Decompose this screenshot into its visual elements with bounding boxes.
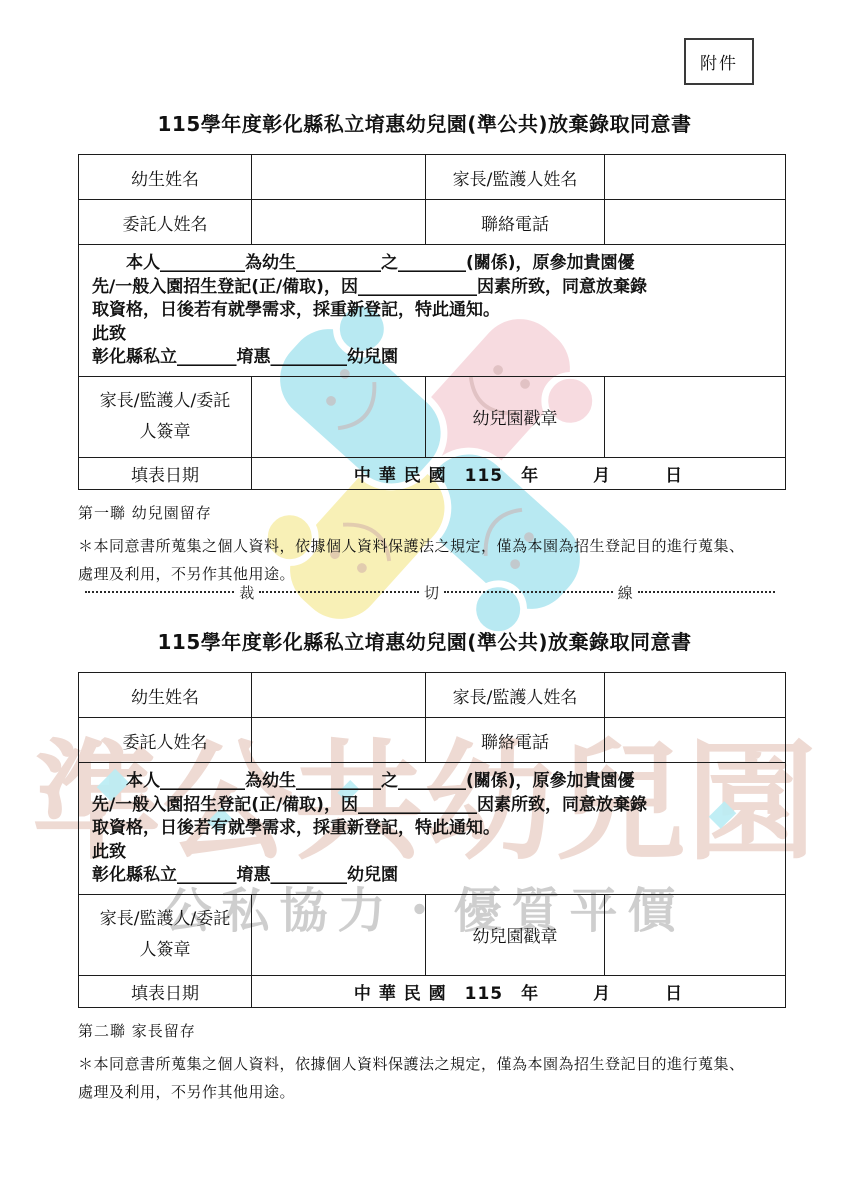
- delegate-name-label: 委託人姓名: [79, 200, 252, 245]
- document-page: 準公共幼兒園 公私協力・優質平價 附件 115學年度彰化縣私立堉惠幼兒園(準公共…: [0, 0, 849, 1200]
- statement-line: 先/一般入園招生登記(正/備取)，因______________因素所致，同意放…: [92, 276, 772, 300]
- guardian-name-blank-cell: [605, 155, 786, 200]
- statement-line: 此致: [92, 323, 772, 347]
- document-content: 附件 115學年度彰化縣私立堉惠幼兒園(準公共)放棄錄取同意書 幼生姓名 家長/…: [0, 0, 849, 1200]
- consent-form-copy-1: 115學年度彰化縣私立堉惠幼兒園(準公共)放棄錄取同意書 幼生姓名 家長/監護人…: [0, 110, 849, 589]
- phone-blank-cell: [605, 718, 786, 763]
- table-row: 幼生姓名 家長/監護人姓名: [79, 155, 786, 200]
- copy-retention-label: 第二聯 家長留存: [78, 1020, 849, 1041]
- table-row: 家長/監護人/委託人簽章 幼兒園戳章: [79, 894, 786, 975]
- child-name-blank-cell: [252, 673, 426, 718]
- form-table: 幼生姓名 家長/監護人姓名 委託人姓名 聯絡電話 本人__________為幼生…: [78, 154, 786, 490]
- guardian-name-label: 家長/監護人姓名: [426, 155, 605, 200]
- statement-line: 取資格，日後若有就學需求，採重新登記，特此通知。: [92, 299, 772, 323]
- consent-statement: 本人__________為幼生__________之________(關係)，原…: [79, 763, 786, 895]
- fill-date-value: 中 華 民 國 115 年 月 日: [252, 975, 786, 1007]
- table-row: 填表日期 中 華 民 國 115 年 月 日: [79, 457, 786, 489]
- table-row: 本人__________為幼生__________之________(關係)，原…: [79, 763, 786, 895]
- statement-line: 彰化縣私立_______堉惠_________幼兒園: [92, 346, 772, 370]
- school-stamp-blank-cell: [605, 376, 786, 457]
- signature-label: 家長/監護人/委託人簽章: [79, 894, 252, 975]
- fill-date-label: 填表日期: [79, 975, 252, 1007]
- form-title: 115學年度彰化縣私立堉惠幼兒園(準公共)放棄錄取同意書: [0, 628, 849, 656]
- table-row: 委託人姓名 聯絡電話: [79, 200, 786, 245]
- child-name-label: 幼生姓名: [79, 155, 252, 200]
- cut-line-dots: [85, 591, 234, 593]
- copy-retention-label: 第一聯 幼兒園留存: [78, 502, 849, 523]
- table-row: 委託人姓名 聯絡電話: [79, 718, 786, 763]
- cut-line-label: 線: [618, 582, 633, 603]
- attachment-label: 附件: [700, 49, 738, 74]
- cut-line-dots: [259, 591, 419, 593]
- delegate-name-blank-cell: [252, 718, 426, 763]
- child-name-label: 幼生姓名: [79, 673, 252, 718]
- school-stamp-label: 幼兒園戳章: [426, 376, 605, 457]
- cut-line-label: 切: [424, 582, 439, 603]
- cut-line-dots: [444, 591, 613, 593]
- delegate-name-blank-cell: [252, 200, 426, 245]
- statement-line: 先/一般入園招生登記(正/備取)，因______________因素所致，同意放…: [92, 794, 772, 818]
- fill-date-value: 中 華 民 國 115 年 月 日: [252, 457, 786, 489]
- cut-line-label: 裁: [239, 582, 254, 603]
- consent-form-copy-2: 115學年度彰化縣私立堉惠幼兒園(準公共)放棄錄取同意書 幼生姓名 家長/監護人…: [0, 628, 849, 1107]
- cut-line: 裁 切 線: [80, 584, 780, 600]
- statement-line: 此致: [92, 841, 772, 865]
- guardian-name-blank-cell: [605, 673, 786, 718]
- table-row: 幼生姓名 家長/監護人姓名: [79, 673, 786, 718]
- attachment-tag-box: 附件: [684, 38, 754, 85]
- table-row: 本人__________為幼生__________之________(關係)，原…: [79, 245, 786, 377]
- guardian-name-label: 家長/監護人姓名: [426, 673, 605, 718]
- fill-date-label: 填表日期: [79, 457, 252, 489]
- delegate-name-label: 委託人姓名: [79, 718, 252, 763]
- privacy-note: ＊本同意書所蒐集之個人資料，依據個人資料保護法之規定，僅為本園為招生登記目的進行…: [78, 532, 754, 589]
- privacy-note: ＊本同意書所蒐集之個人資料，依據個人資料保護法之規定，僅為本園為招生登記目的進行…: [78, 1050, 754, 1107]
- phone-blank-cell: [605, 200, 786, 245]
- phone-label: 聯絡電話: [426, 200, 605, 245]
- signature-blank-cell: [252, 894, 426, 975]
- signature-label: 家長/監護人/委託人簽章: [79, 376, 252, 457]
- statement-line: 彰化縣私立_______堉惠_________幼兒園: [92, 864, 772, 888]
- school-stamp-label: 幼兒園戳章: [426, 894, 605, 975]
- consent-statement: 本人__________為幼生__________之________(關係)，原…: [79, 245, 786, 377]
- phone-label: 聯絡電話: [426, 718, 605, 763]
- form-table: 幼生姓名 家長/監護人姓名 委託人姓名 聯絡電話 本人__________為幼生…: [78, 672, 786, 1008]
- cut-line-dots: [638, 591, 775, 593]
- table-row: 填表日期 中 華 民 國 115 年 月 日: [79, 975, 786, 1007]
- child-name-blank-cell: [252, 155, 426, 200]
- table-row: 家長/監護人/委託人簽章 幼兒園戳章: [79, 376, 786, 457]
- statement-line: 取資格，日後若有就學需求，採重新登記，特此通知。: [92, 817, 772, 841]
- signature-blank-cell: [252, 376, 426, 457]
- school-stamp-blank-cell: [605, 894, 786, 975]
- statement-line: 本人__________為幼生__________之________(關係)，原…: [92, 252, 772, 276]
- form-title: 115學年度彰化縣私立堉惠幼兒園(準公共)放棄錄取同意書: [0, 110, 849, 138]
- statement-line: 本人__________為幼生__________之________(關係)，原…: [92, 770, 772, 794]
